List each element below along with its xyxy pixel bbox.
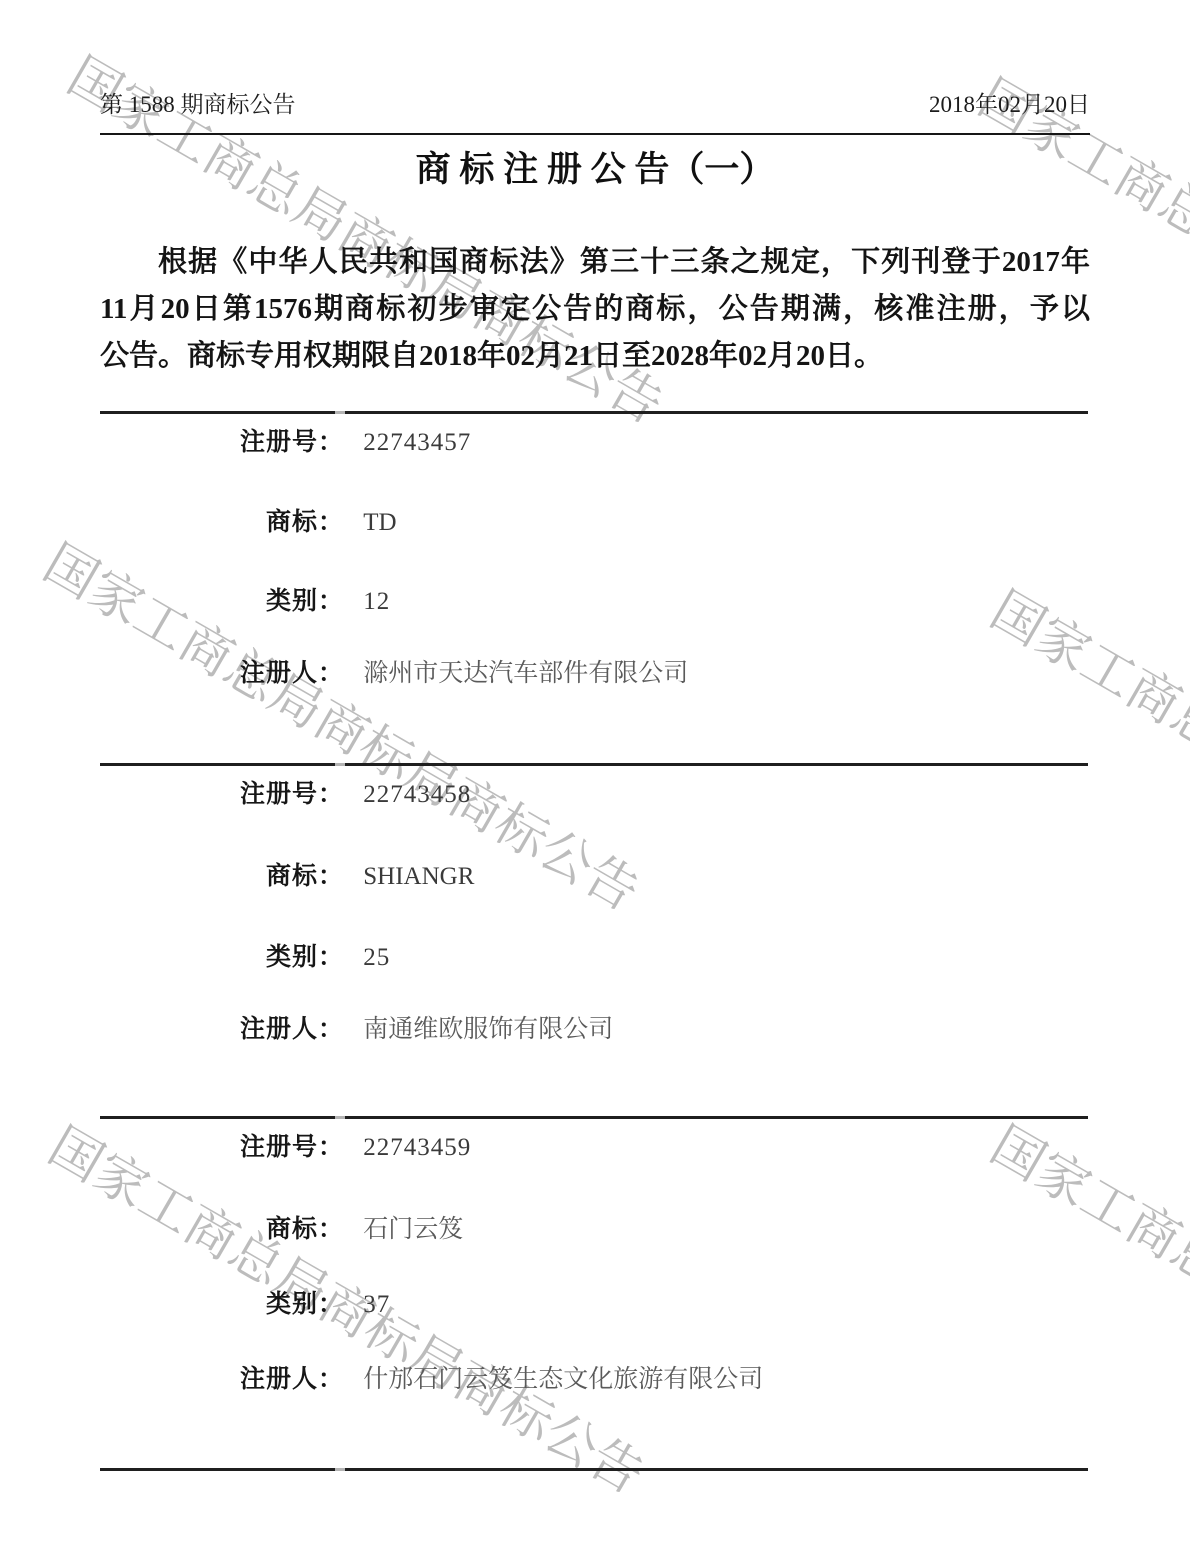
field-label: 注册人： (100, 657, 344, 691)
entry-field-registrant: 注册人： 什邡石门云笈生态文化旅游有限公司 (100, 1363, 1090, 1397)
scan-notch (335, 1468, 345, 1471)
field-label: 注册号： (100, 426, 344, 460)
watermark-text: 国家工商总局商标局商标公告 (982, 584, 1190, 967)
entry-field-category: 类别： 37 (100, 1288, 1090, 1322)
entry-field-registrant: 注册人： 滁州市天达汽车部件有限公司 (100, 657, 1090, 691)
field-value: 22743458 (363, 781, 471, 808)
scan-notch (335, 763, 345, 766)
field-label: 注册号： (100, 778, 344, 812)
entry-field-reg-no: 注册号： 22743458 (100, 778, 1090, 812)
field-value: 南通维欧服饰有限公司 (363, 1016, 613, 1043)
field-label: 商标： (100, 1213, 344, 1247)
field-value: 37 (363, 1291, 390, 1318)
issue-number-label: 第 1588 期商标公告 (100, 88, 296, 122)
entry-field-reg-no: 注册号： 22743457 (100, 426, 1090, 460)
field-label: 注册人： (100, 1013, 344, 1047)
entry-field-trademark: 商标： SHIANGR (100, 860, 1090, 894)
scan-notch (335, 411, 345, 414)
page-header: 第 1588 期商标公告 2018年02月20日 (100, 88, 1090, 122)
field-value: 12 (363, 588, 390, 615)
field-label: 注册人： (100, 1363, 344, 1397)
intro-line: 公告。商标专用权期限自2018年02月21日至2028年02月20日。 (100, 333, 1090, 380)
intro-line: 根据《中华人民共和国商标法》第三十三条之规定，下列刊登于2017年 (100, 239, 1090, 286)
header-divider (100, 133, 1090, 135)
entry-field-trademark: 商标： 石门云笈 (100, 1213, 1090, 1247)
field-label: 注册号： (100, 1131, 344, 1165)
publication-date: 2018年02月20日 (929, 88, 1090, 122)
intro-paragraph: 根据《中华人民共和国商标法》第三十三条之规定，下列刊登于2017年 11月20日… (100, 239, 1090, 380)
field-value: SHIANGR (363, 863, 474, 890)
entry-field-category: 类别： 12 (100, 585, 1090, 619)
field-value: 什邡石门云笈生态文化旅游有限公司 (363, 1366, 763, 1393)
section-divider (100, 1116, 1088, 1119)
field-value: TD (363, 509, 396, 536)
section-divider (100, 763, 1088, 766)
field-label: 商标： (100, 860, 344, 894)
section-divider (100, 411, 1088, 414)
field-label: 类别： (100, 585, 344, 619)
entry-field-registrant: 注册人： 南通维欧服饰有限公司 (100, 1013, 1090, 1047)
field-value: 滁州市天达汽车部件有限公司 (363, 660, 688, 687)
scan-notch (335, 1116, 345, 1119)
intro-line: 11月20日第1576期商标初步审定公告的商标，公告期满，核准注册，予以 (100, 286, 1090, 333)
field-label: 类别： (100, 1288, 344, 1322)
field-label: 商标： (100, 506, 344, 540)
field-value: 22743457 (363, 429, 471, 456)
field-value: 22743459 (363, 1134, 471, 1161)
entry-field-trademark: 商标： TD (100, 506, 1090, 540)
page-title: 商 标 注 册 公 告（一） (100, 144, 1090, 196)
entry-field-reg-no: 注册号： 22743459 (100, 1131, 1090, 1165)
field-value: 石门云笈 (363, 1216, 463, 1243)
section-divider (100, 1468, 1088, 1471)
entry-field-category: 类别： 25 (100, 941, 1090, 975)
gazette-page: 国家工商总局商标局商标公告 国家工商总局商标局商标公告 国家工商总局商标局商标公… (0, 0, 1190, 1564)
field-label: 类别： (100, 941, 344, 975)
field-value: 25 (363, 944, 390, 971)
